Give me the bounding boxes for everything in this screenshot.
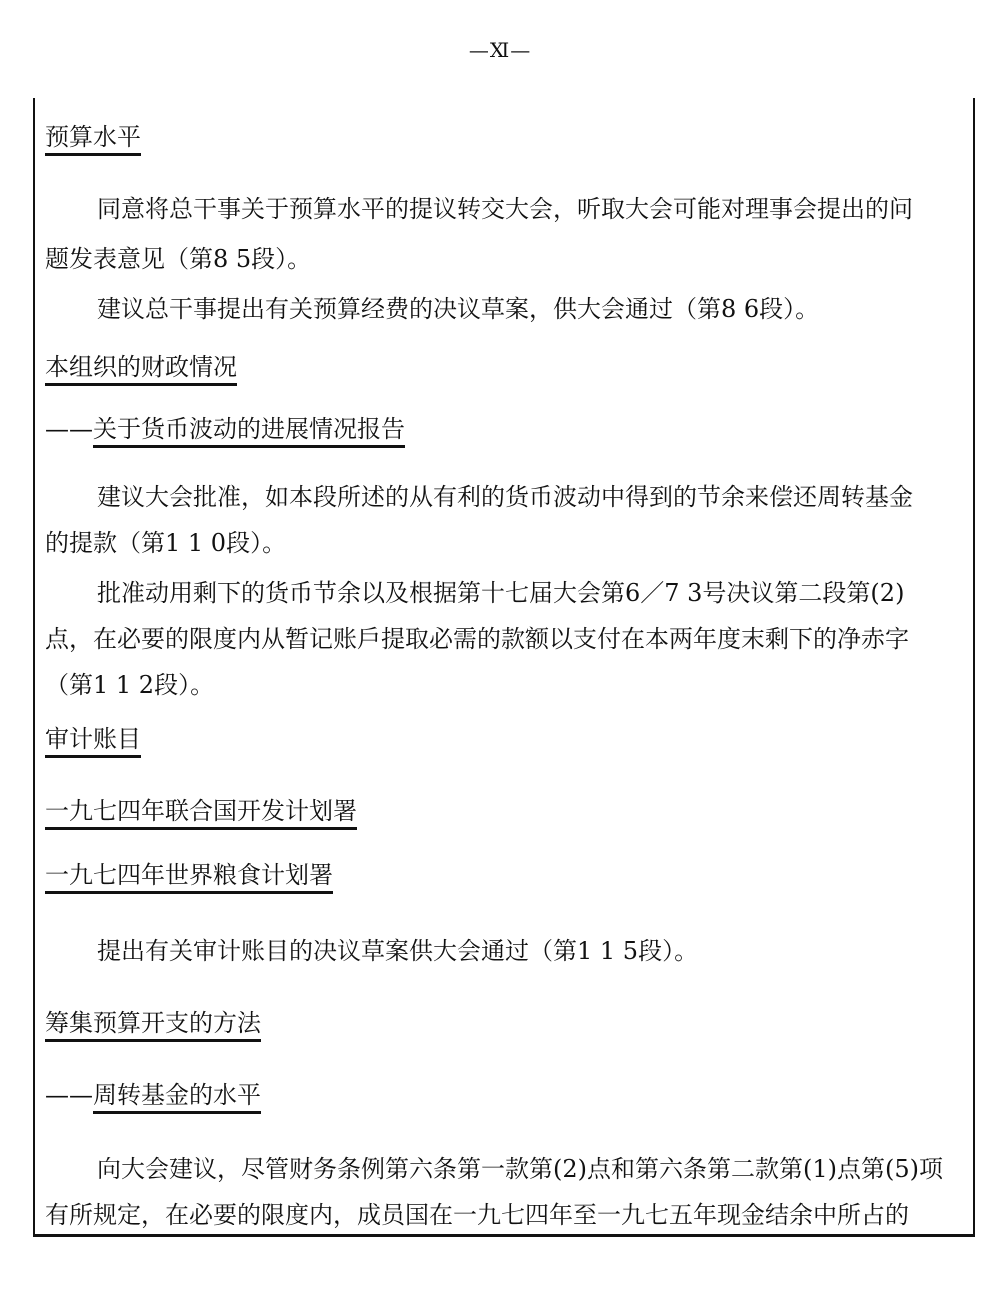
paragraph-line: 向大会建议，尽管财务条例第六条第一款第(2)点和第六条第二款第(1)点第(5)项 bbox=[45, 1144, 943, 1194]
paragraph-line: 建议总干事提出有关预算经费的决议草案，供大会通过（第8 6段）。 bbox=[45, 284, 819, 334]
paragraph-line: 同意将总干事关于预算水平的提议转交大会，听取大会可能对理事会提出的问 bbox=[45, 184, 913, 234]
section-heading-audited-accounts: 审计账目 bbox=[45, 714, 141, 764]
audited-item-undp: 一九七四年联合国开发计划署 bbox=[45, 786, 357, 836]
paragraph-line: 建议大会批准，如本段所述的从有利的货币波动中得到的节余来偿还周转基金 bbox=[45, 472, 913, 522]
paragraph-line: 批准动用剩下的货币节余以及根据第十七届大会第6／7 3号决议第二段第(2) bbox=[45, 568, 904, 618]
section-heading-budget-level: 预算水平 bbox=[45, 112, 141, 162]
subheading-currency-fluctuation: ——关于货币波动的进展情况报告 bbox=[45, 404, 405, 454]
subheading-working-capital-fund: ——周转基金的水平 bbox=[45, 1070, 261, 1120]
section-heading-financial-situation: 本组织的财政情况 bbox=[45, 342, 237, 392]
audited-item-wfp: 一九七四年世界粮食计划署 bbox=[45, 850, 333, 900]
page-number: —Ⅺ— bbox=[0, 38, 1000, 62]
section-heading-financing-methods: 筹集预算开支的方法 bbox=[45, 998, 261, 1048]
paragraph-line: 提出有关审计账目的决议草案供大会通过（第1 1 5段）。 bbox=[45, 926, 698, 976]
paragraph-line: 点，在必要的限度内从暂记账戶提取必需的款额以支付在本两年度末剩下的净赤字 bbox=[45, 614, 909, 664]
paragraph-line: 题发表意见（第8 5段）。 bbox=[45, 234, 311, 284]
paragraph-line: （第1 1 2段）。 bbox=[45, 660, 214, 710]
paragraph-line: 的提款（第1 1 0段）。 bbox=[45, 518, 286, 568]
paragraph-line: 有所规定，在必要的限度内，成员国在一九七四年至一九七五年现金结余中所占的 bbox=[45, 1190, 909, 1240]
